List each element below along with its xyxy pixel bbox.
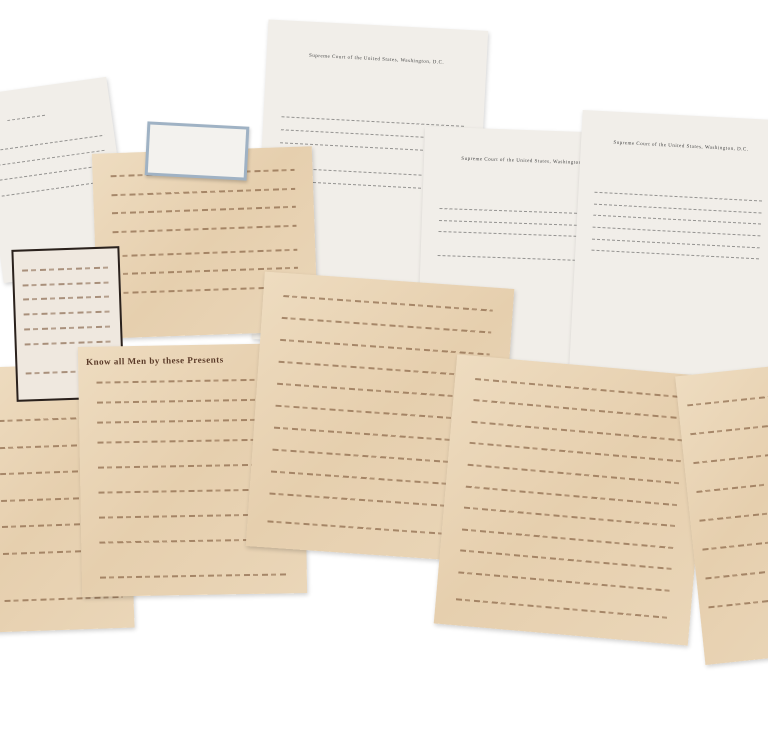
signature-card — [145, 121, 250, 180]
typed-letter-top-right: Supreme Court of the United States, Wash… — [568, 110, 768, 410]
letterhead: Supreme Court of the United States, Wash… — [267, 51, 487, 68]
deed-heading: Know all Men by these Presents — [86, 354, 224, 366]
manuscript-bottom-right — [434, 354, 712, 645]
letterhead: Supreme Court of the United States, Wash… — [581, 139, 768, 154]
signature — [148, 125, 246, 178]
